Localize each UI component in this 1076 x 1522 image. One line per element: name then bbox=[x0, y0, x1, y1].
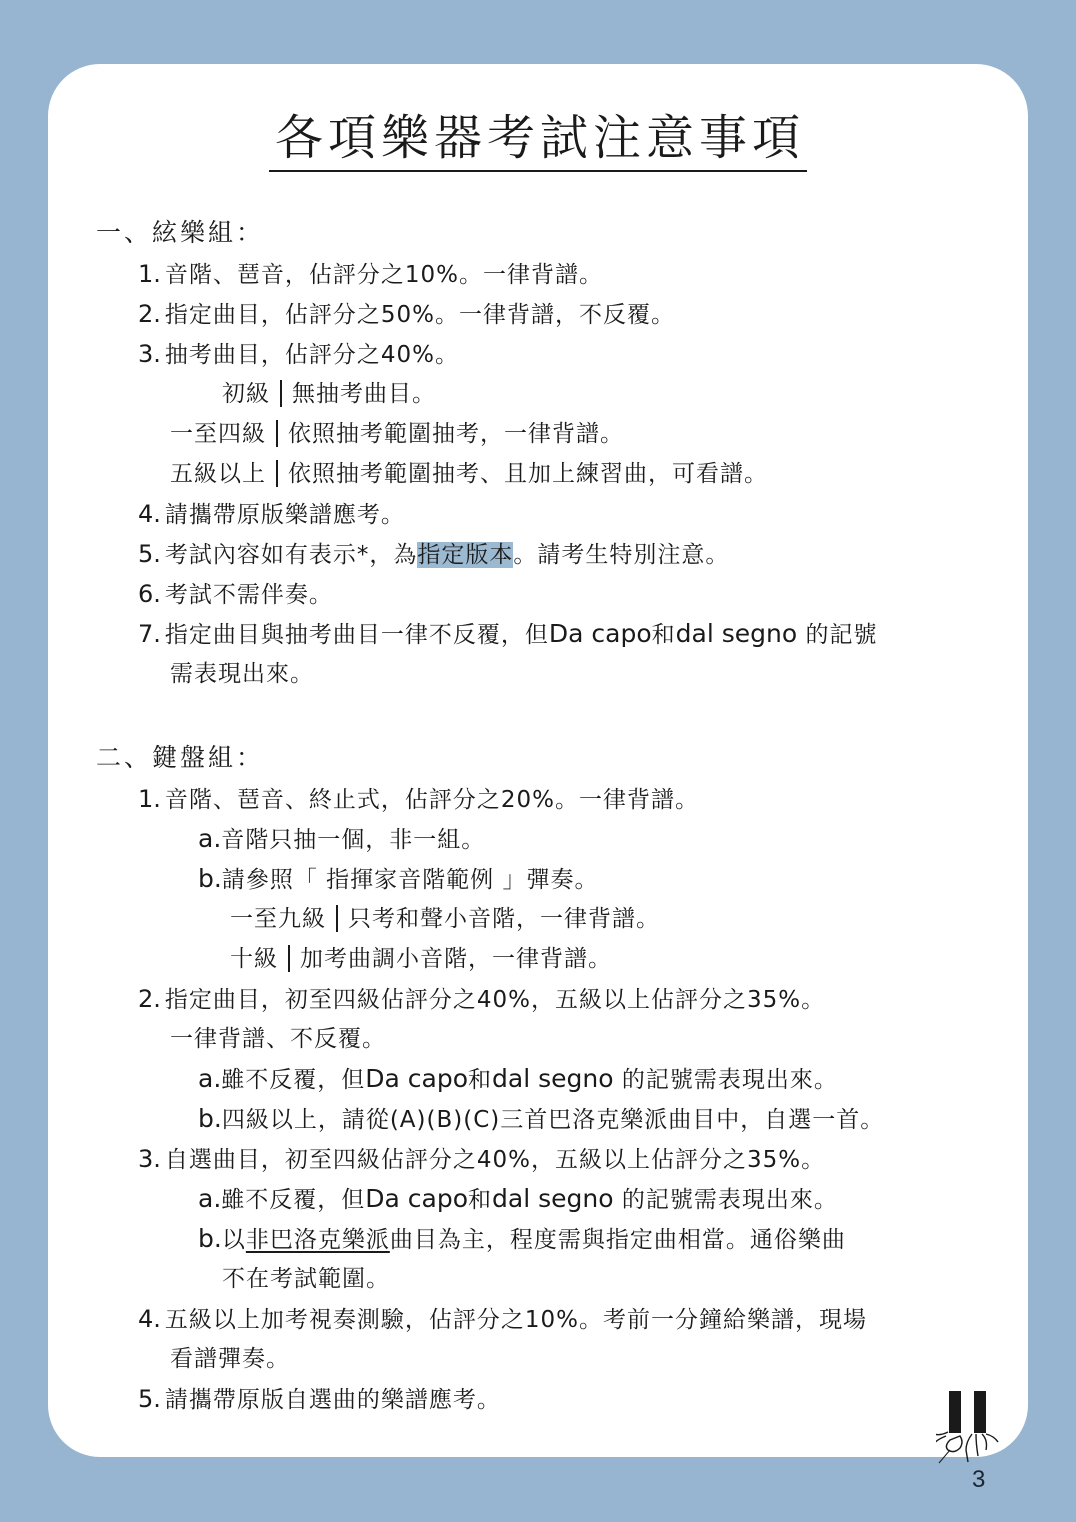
strings-item-2: 2.指定曲目，佔評分之50%。一律背譜，不反覆。 bbox=[138, 299, 675, 330]
strings-item-6: 6.考試不需伴奏。 bbox=[138, 579, 333, 610]
keyboard-item-4: 4.五級以上加考視奏測驗，佔評分之10%。考前一分鐘給樂譜，現場 bbox=[138, 1304, 867, 1335]
conductor-hands-icon bbox=[936, 1388, 1026, 1478]
keyboard-item-2a: a.雖不反覆，但Da capo和dal segno 的記號需表現出來。 bbox=[198, 1064, 838, 1095]
strings-item-7: 7.指定曲目與抽考曲目一律不反覆，但Da capo和dal segno 的記號 bbox=[138, 619, 877, 650]
divider-bar bbox=[276, 420, 278, 447]
keyboard-item-3a: a.雖不反覆，但Da capo和dal segno 的記號需表現出來。 bbox=[198, 1184, 838, 1215]
keyboard-item-1b: b.請參照「 指揮家音階範例 」彈奏。 bbox=[198, 864, 598, 895]
section-heading-keyboard: 二、鍵盤組： bbox=[96, 743, 264, 773]
page-title: 各項樂器考試注意事項 bbox=[0, 108, 1076, 172]
keyboard-level-10: 十級加考曲調小音階，一律背譜。 bbox=[230, 944, 612, 974]
keyboard-item-2-cont: 一律背譜、不反覆。 bbox=[170, 1024, 386, 1054]
strings-item-3: 3.抽考曲目，佔評分之40%。 bbox=[138, 339, 459, 370]
keyboard-item-1: 1.音階、琶音、終止式，佔評分之20%。一律背譜。 bbox=[138, 784, 699, 815]
keyboard-item-3: 3.自選曲目，初至四級佔評分之40%，五級以上佔評分之35%。 bbox=[138, 1144, 825, 1175]
keyboard-item-1a: a.音階只抽一個，非一組。 bbox=[198, 824, 485, 855]
keyboard-item-5: 5.請攜帶原版自選曲的樂譜應考。 bbox=[138, 1384, 501, 1415]
keyboard-item-3b-cont: 不在考試範圍。 bbox=[222, 1264, 390, 1294]
divider-bar bbox=[276, 460, 278, 487]
keyboard-item-2b: b.四級以上，請從(A)(B)(C)三首巴洛克樂派曲目中，自選一首。 bbox=[198, 1104, 884, 1135]
keyboard-item-2: 2.指定曲目，初至四級佔評分之40%，五級以上佔評分之35%。 bbox=[138, 984, 825, 1015]
strings-item-5: 5.考試內容如有表示*，為指定版本。請考生特別注意。 bbox=[138, 539, 729, 570]
strings-level-beginner: 初級無抽考曲目。 bbox=[222, 379, 436, 409]
keyboard-item-3b: b.以非巴洛克樂派曲目為主，程度需與指定曲相當。通俗樂曲 bbox=[198, 1224, 846, 1255]
strings-level-1-4: 一至四級依照抽考範圍抽考，一律背譜。 bbox=[170, 419, 624, 449]
strings-item-4: 4.請攜帶原版樂譜應考。 bbox=[138, 499, 405, 530]
keyboard-item-4-cont: 看譜彈奏。 bbox=[170, 1344, 290, 1374]
divider-bar bbox=[288, 945, 290, 972]
section-heading-strings: 一、絃樂組： bbox=[96, 218, 264, 248]
strings-item-1: 1.音階、琶音，佔評分之10%。一律背譜。 bbox=[138, 259, 603, 290]
strings-level-5-up: 五級以上依照抽考範圍抽考、且加上練習曲，可看譜。 bbox=[170, 459, 768, 489]
divider-bar bbox=[280, 380, 282, 407]
highlighted-text[interactable]: 指定版本 bbox=[417, 542, 513, 568]
keyboard-level-1-9: 一至九級只考和聲小音階，一律背譜。 bbox=[230, 904, 660, 934]
page-number: 3 bbox=[972, 1466, 985, 1494]
divider-bar bbox=[336, 905, 338, 932]
underlined-text: 非巴洛克樂派 bbox=[246, 1227, 390, 1253]
strings-item-7-cont: 需表現出來。 bbox=[170, 659, 314, 689]
